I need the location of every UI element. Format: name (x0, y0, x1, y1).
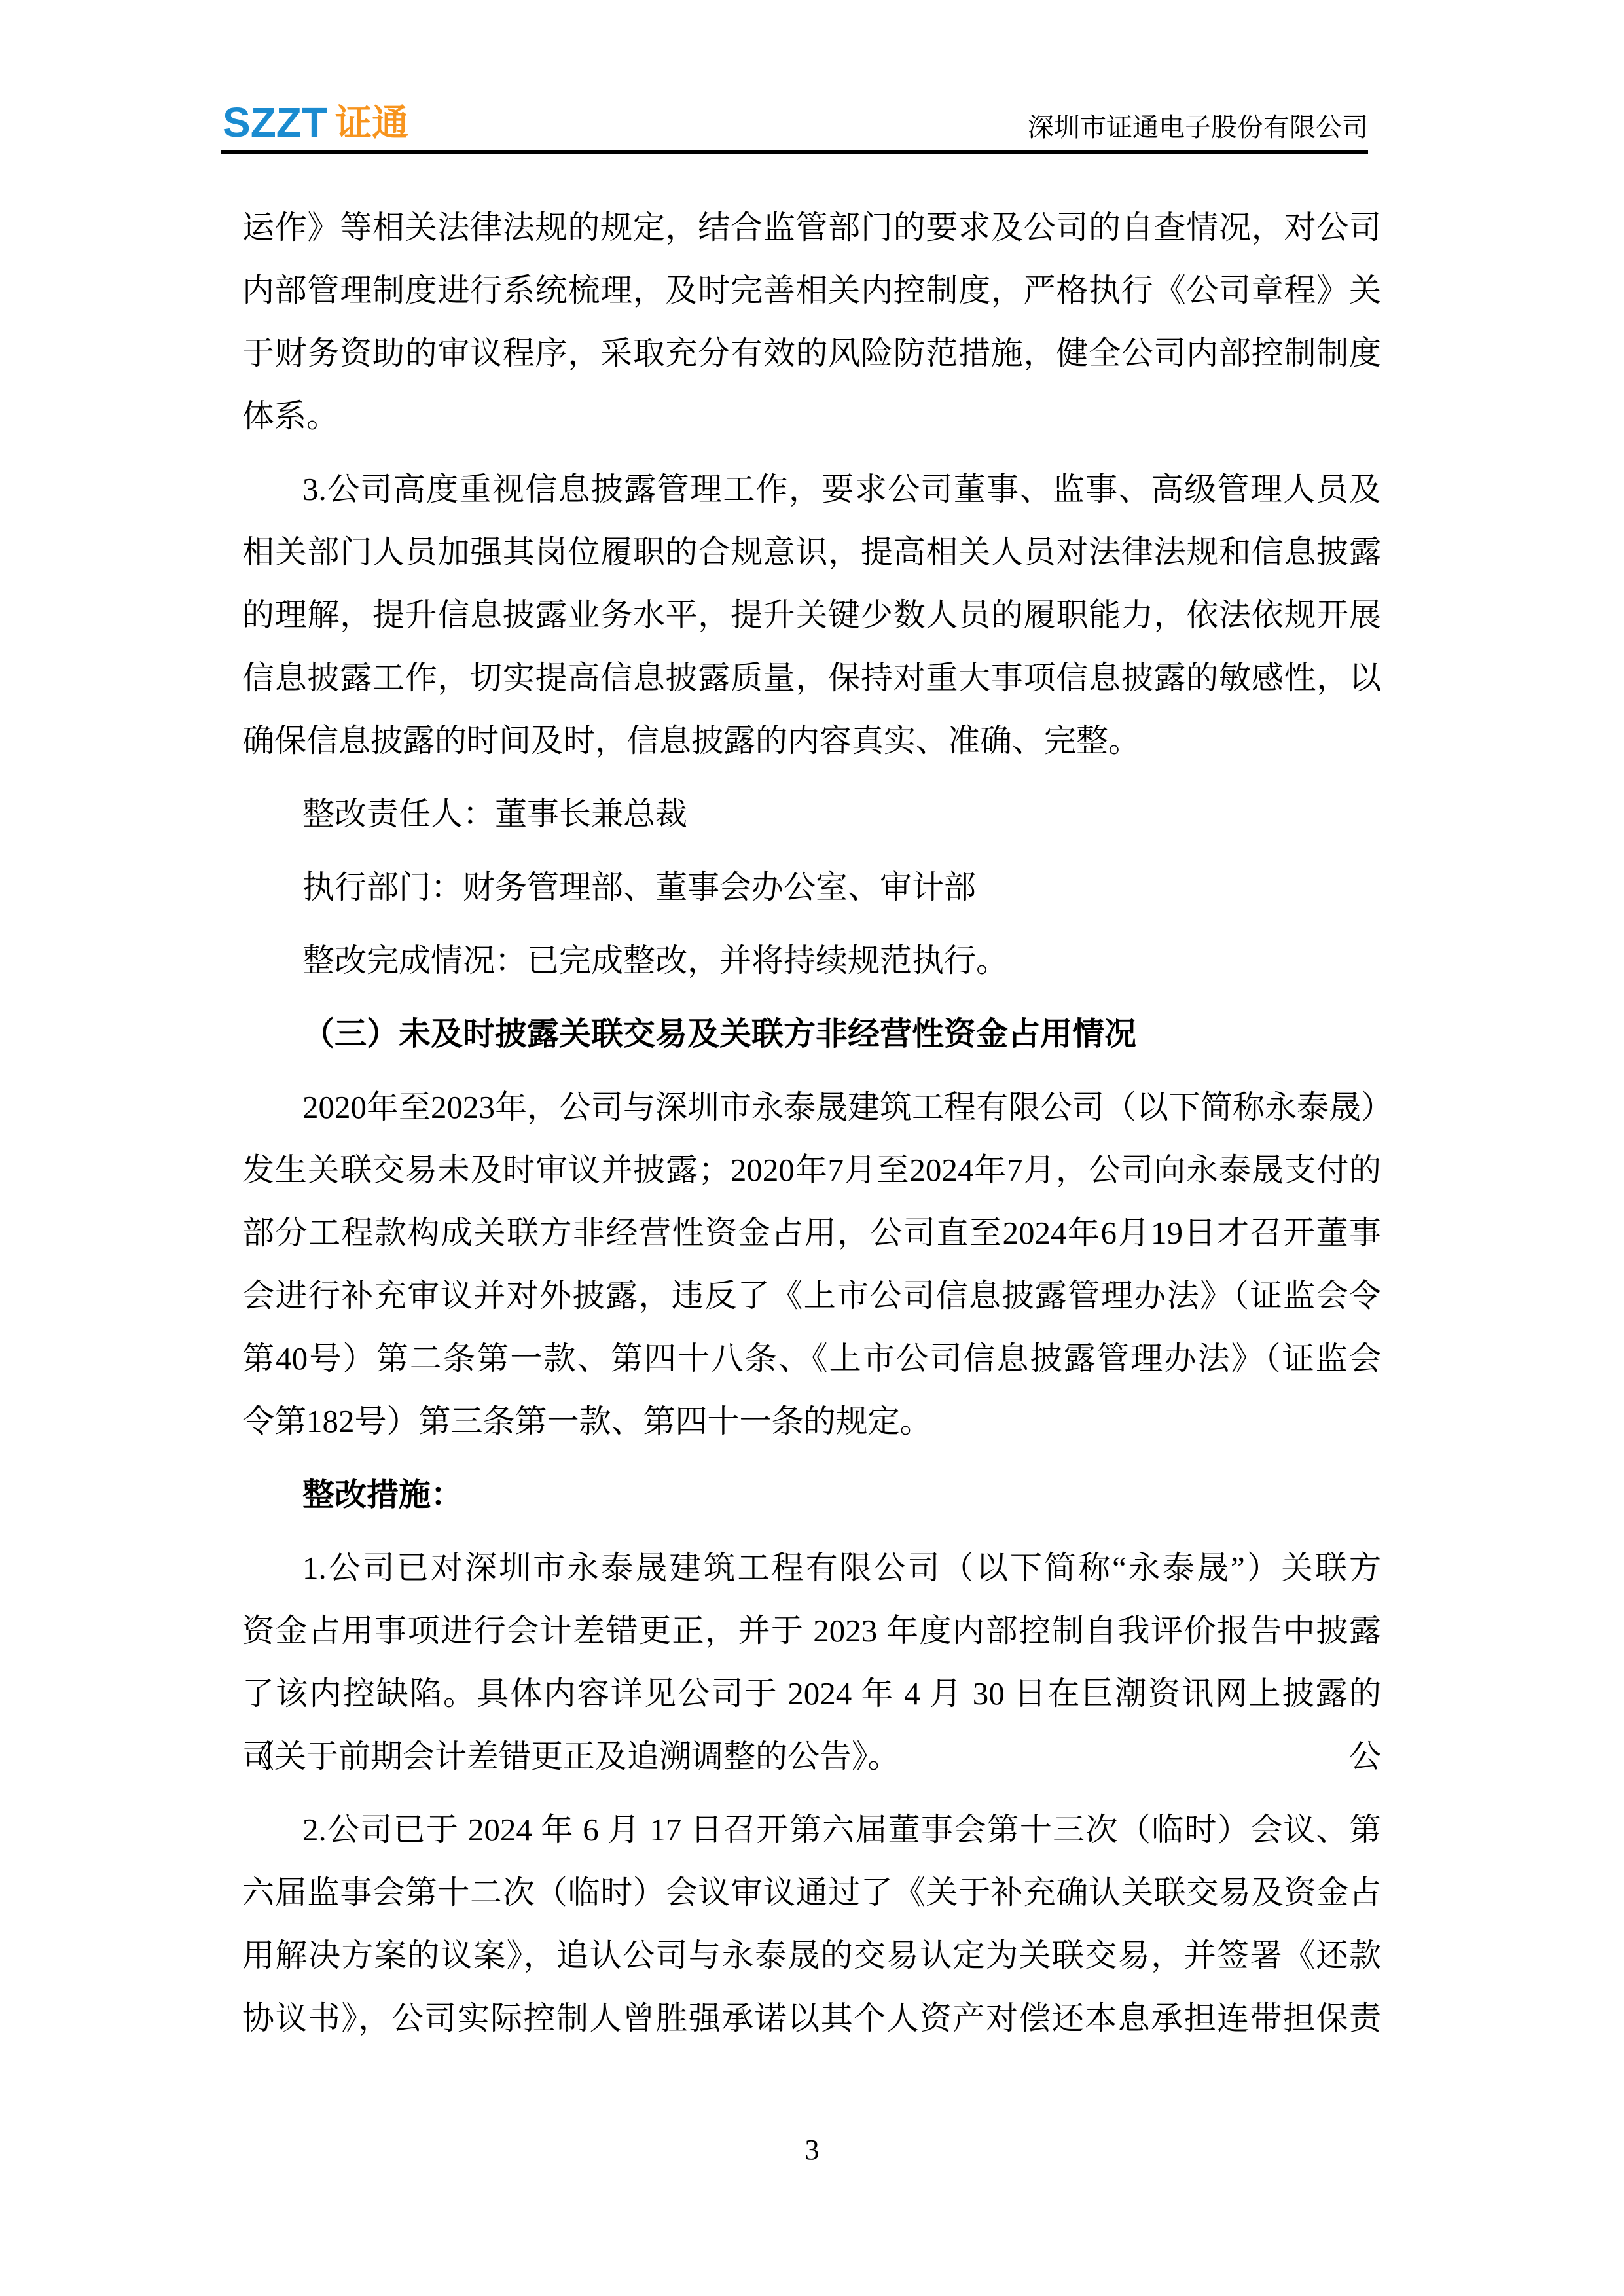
text-line: 相关部门人员加强其岗位履职的合规意识，提高相关人员对法律法规和信息披露 (242, 521, 1381, 584)
logo-latin-text: SZZT (223, 99, 327, 146)
text-line: 用解决方案的议案》，追认公司与永泰晟的交易认定为关联交易，并签署《还款 (242, 1924, 1381, 1987)
text-line: 六届监事会第十二次（临时）会议审议通过了《关于补充确认关联交易及资金占 (242, 1861, 1381, 1924)
text-line: 的理解，提升信息披露业务水平，提升关键少数人员的履职能力，依法依规开展 (242, 584, 1381, 647)
text-line: 3.公司高度重视信息披露管理工作，要求公司董事、监事、高级管理人员及 (242, 458, 1381, 521)
text-line: （三）未及时披露关联交易及关联方非经营性资金占用情况 (242, 1003, 1381, 1066)
text-line: 整改责任人：董事长兼总裁 (242, 783, 1381, 846)
header-divider (221, 150, 1368, 154)
page-header: SZZT证通 深圳市证通电子股份有限公司 (0, 0, 1624, 157)
document-page: SZZT证通 深圳市证通电子股份有限公司 运作》等相关法律法规的规定，结合监管部… (0, 0, 1624, 2296)
text-line: 协议书》，公司实际控制人曾胜强承诺以其个人资产对偿还本息承担连带担保责 (242, 1987, 1381, 2050)
company-logo: SZZT证通 (223, 98, 408, 149)
text-line: 2.公司已于 2024 年 6 月 17 日召开第六届董事会第十三次（临时）会议… (242, 1799, 1381, 1861)
text-line: 2020年至2023年，公司与深圳市永泰晟建筑工程有限公司（以下简称永泰晟） (242, 1076, 1381, 1139)
text-line: 资金占用事项进行会计差错更正，并于 2023 年度内部控制自我评价报告中披露 (242, 1600, 1381, 1662)
text-line: 1.公司已对深圳市永泰晟建筑工程有限公司（以下简称“永泰晟”）关联方 (242, 1537, 1381, 1600)
text-line: 第40号）第二条第一款、第四十八条、《上市公司信息披露管理办法》（证监会 (242, 1327, 1381, 1390)
company-name: 深圳市证通电子股份有限公司 (1028, 111, 1368, 144)
text-line: 部分工程款构成关联方非经营性资金占用，公司直至2024年6月19日才召开董事 (242, 1202, 1381, 1265)
text-line: 执行部门：财务管理部、董事会办公室、审计部 (242, 856, 1381, 919)
page-number: 3 (805, 2134, 820, 2166)
text-line: 信息披露工作，切实提高信息披露质量，保持对重大事项信息披露的敏感性，以 (242, 647, 1381, 709)
text-line: 体系。 (242, 385, 1381, 448)
text-line: 整改完成情况：已完成整改，并将持续规范执行。 (242, 929, 1381, 992)
text-line: 发生关联交易未及时审议并披露；2020年7月至2024年7月，公司向永泰晟支付的 (242, 1139, 1381, 1202)
text-line: 内部管理制度进行系统梳理，及时完善相关内控制度，严格执行《公司章程》关 (242, 259, 1381, 322)
text-line: 确保信息披露的时间及时，信息披露的内容真实、准确、完整。 (242, 709, 1381, 772)
text-line: 运作》等相关法律法规的规定，结合监管部门的要求及公司的自查情况，对公司 (242, 196, 1381, 259)
text-line: 了该内控缺陷。具体内容详见公司于 2024 年 4 月 30 日在巨潮资讯网上披… (242, 1662, 1381, 1725)
text-line: 会进行补充审议并对外披露，违反了《上市公司信息披露管理办法》（证监会令 (242, 1265, 1381, 1327)
logo-chinese-text: 证通 (335, 102, 408, 143)
text-line: 于财务资助的审议程序，采取充分有效的风险防范措施，健全公司内部控制制度 (242, 322, 1381, 385)
text-line: 整改措施： (242, 1463, 1381, 1526)
page-footer: 3 (0, 2130, 1624, 2170)
text-line: 令第182号）第三条第一款、第四十一条的规定。 (242, 1390, 1381, 1453)
document-body: 运作》等相关法律法规的规定，结合监管部门的要求及公司的自查情况，对公司内部管理制… (242, 196, 1381, 2050)
